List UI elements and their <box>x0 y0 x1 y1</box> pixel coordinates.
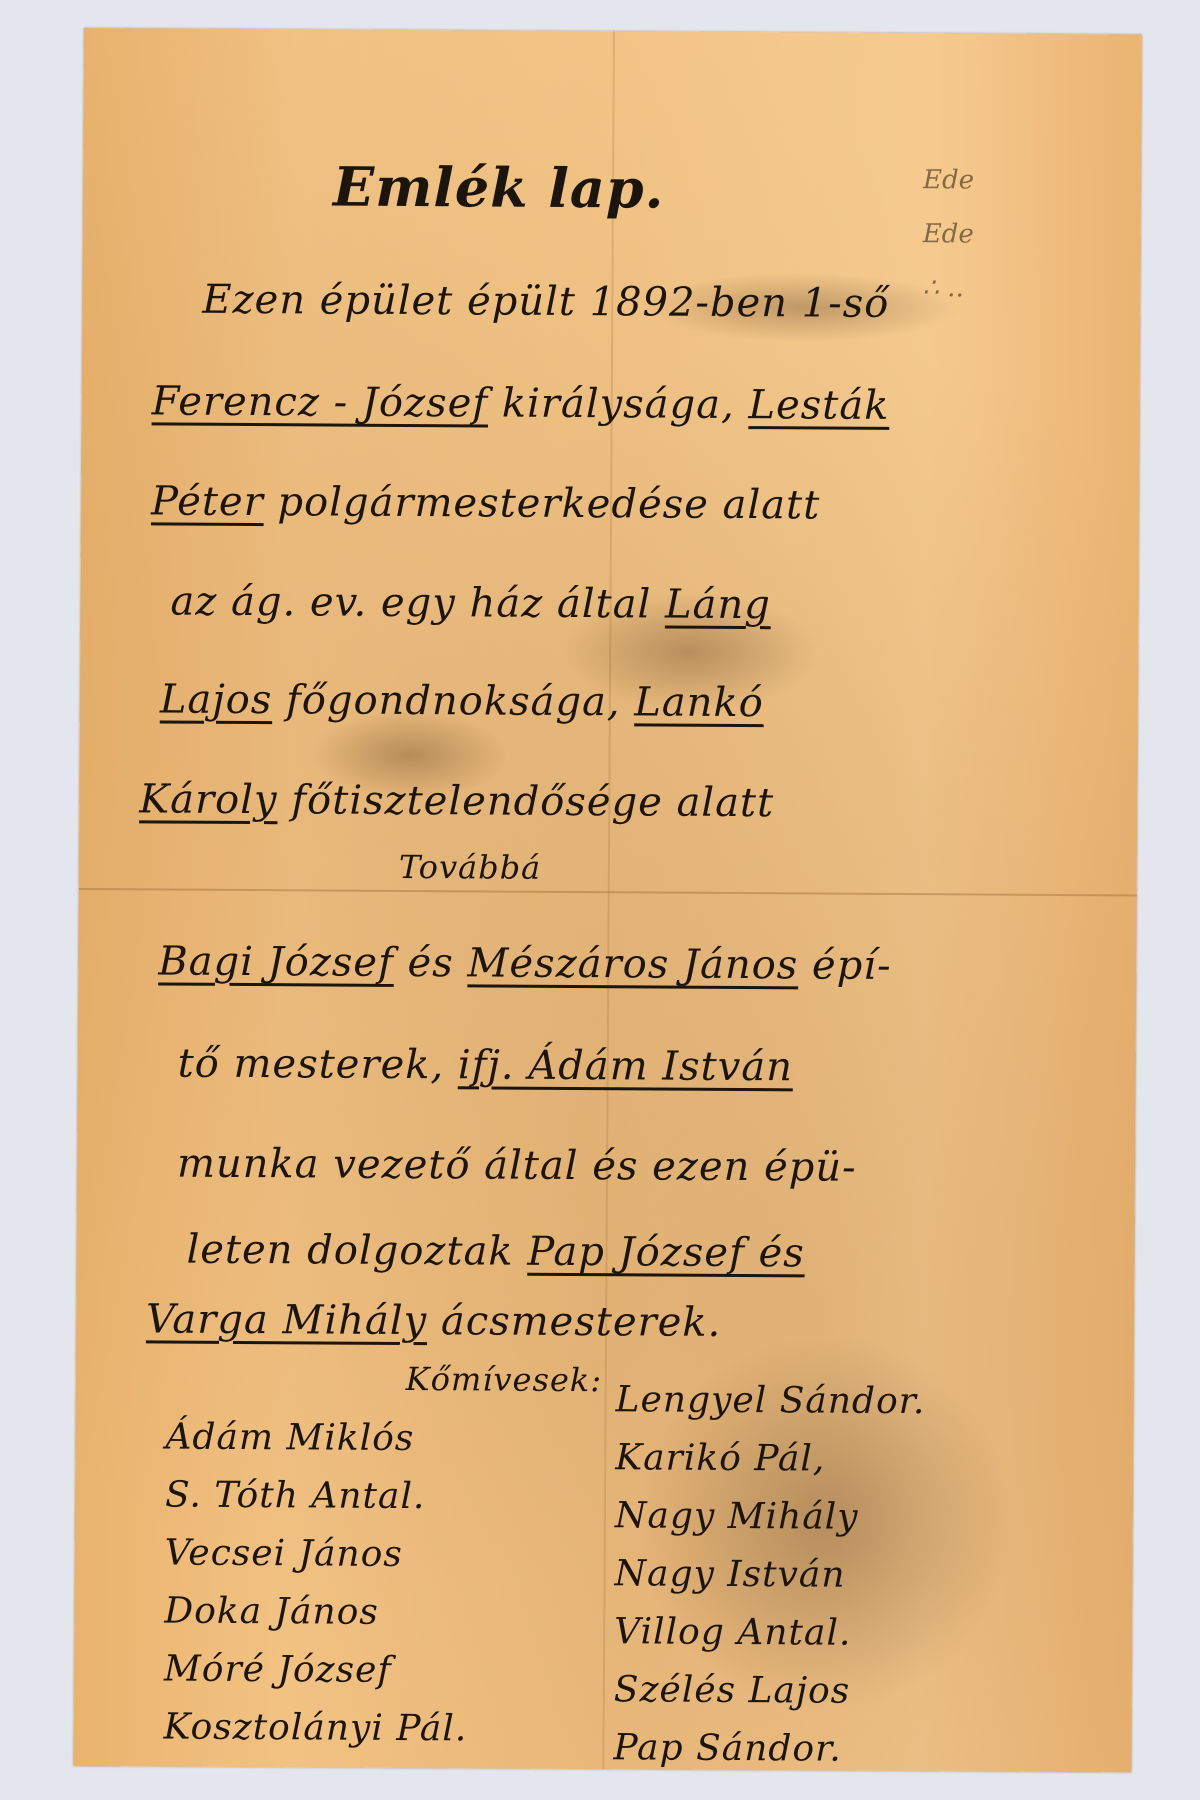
body-line-11: leten dolgoztak Pap József és <box>186 1227 804 1277</box>
body-line-10: munka vezető által és ezen épü- <box>177 1141 857 1191</box>
body-line-5: Lajos főgondnoksága, Lankó <box>160 676 764 726</box>
text-segment: Továbbá <box>399 848 542 887</box>
worker-name: Lengyel Sándor. <box>615 1371 925 1431</box>
faint-note: ∴ .. <box>922 261 973 315</box>
worker-name: Szélés Lajos <box>614 1661 924 1721</box>
body-line-8: Bagi József és Mészáros János épí- <box>158 938 892 988</box>
name-pap-jozsef: Pap József és <box>527 1229 805 1277</box>
name-varga-mihaly: Varga Mihály <box>146 1296 427 1344</box>
worker-name: Nagy Mihály <box>615 1487 925 1547</box>
body-line-1: Ezen épület épült 1892-ben 1-ső <box>202 277 889 327</box>
workers-right-column: Lengyel Sándor. Karikó Pál, Nagy Mihály … <box>613 1371 925 1779</box>
text-segment: és <box>394 940 468 986</box>
text-segment: ácsmesterek. <box>427 1298 721 1346</box>
name-meszaros-janos: Mészáros János <box>467 940 798 988</box>
faint-marginal-notes: Ede Ede ∴ .. <box>922 153 974 315</box>
body-line-6: Károly főtisztelendősége alatt <box>139 776 774 826</box>
text-segment: munka vezető által és ezen épü- <box>177 1141 857 1191</box>
name-lajos: Lajos <box>160 676 273 723</box>
text-segment: épí- <box>798 942 892 989</box>
workers-heading: Kőmívesek: <box>406 1360 603 1399</box>
body-line-4: az ág. ev. egy ház által Láng <box>170 579 771 629</box>
text-segment: az ág. ev. egy ház által <box>170 579 665 628</box>
text-segment: leten dolgoztak <box>186 1227 527 1275</box>
name-bagi-jozsef: Bagi József <box>158 938 394 985</box>
body-line-12: Varga Mihály ácsmesterek. <box>146 1296 722 1346</box>
body-line-9: tő mesterek, ifj. Ádám István <box>178 1041 794 1091</box>
body-line-2: Ferencz - József királysága, Lesták <box>152 378 890 429</box>
name-ferencz-jozsef: Ferencz - József <box>152 378 489 426</box>
text-segment: Ezen épület épült 1892-ben 1-ső <box>202 277 889 327</box>
faint-note: Ede <box>923 153 974 207</box>
document-title: Emlék lap. <box>333 155 665 221</box>
worker-name: Móré József <box>164 1641 468 1701</box>
worker-name: Kosztolányi Pál. <box>163 1699 467 1759</box>
text-segment: polgármesterkedése alatt <box>264 479 821 528</box>
text-segment: királysága, <box>488 380 749 428</box>
worker-name: Nagy István <box>614 1545 924 1605</box>
document-paper: Emlék lap. Ede Ede ∴ .. Ezen épület épül… <box>73 28 1142 1772</box>
name-lestak: Lesták <box>748 382 889 429</box>
name-karoly: Károly <box>139 776 278 823</box>
name-peter: Péter <box>151 478 264 525</box>
worker-name: Vecsei János <box>165 1525 469 1585</box>
body-line-tovabba: Továbbá <box>399 848 542 887</box>
text-segment: főtisztelendősége alatt <box>277 777 774 826</box>
worker-name: Pap Sándor. <box>613 1719 923 1779</box>
faint-note: Ede <box>923 207 974 261</box>
worker-name: Ádám Miklós <box>165 1409 469 1469</box>
name-adam-istvan: ifj. Ádám István <box>458 1042 793 1090</box>
worker-name: Doka János <box>164 1583 468 1643</box>
text-segment: főgondnoksága, <box>272 677 634 725</box>
text-segment: tő mesterek, <box>178 1041 458 1089</box>
workers-left-column: Ádám Miklós S. Tóth Antal. Vecsei János … <box>163 1409 469 1759</box>
name-lanko: Lankó <box>634 679 764 726</box>
body-line-3: Péter polgármesterkedése alatt <box>151 478 820 528</box>
name-lang: Láng <box>665 582 771 629</box>
worker-name: Karikó Pál, <box>615 1429 925 1489</box>
worker-name: Villog Antal. <box>614 1603 924 1663</box>
worker-name: S. Tóth Antal. <box>165 1467 469 1527</box>
